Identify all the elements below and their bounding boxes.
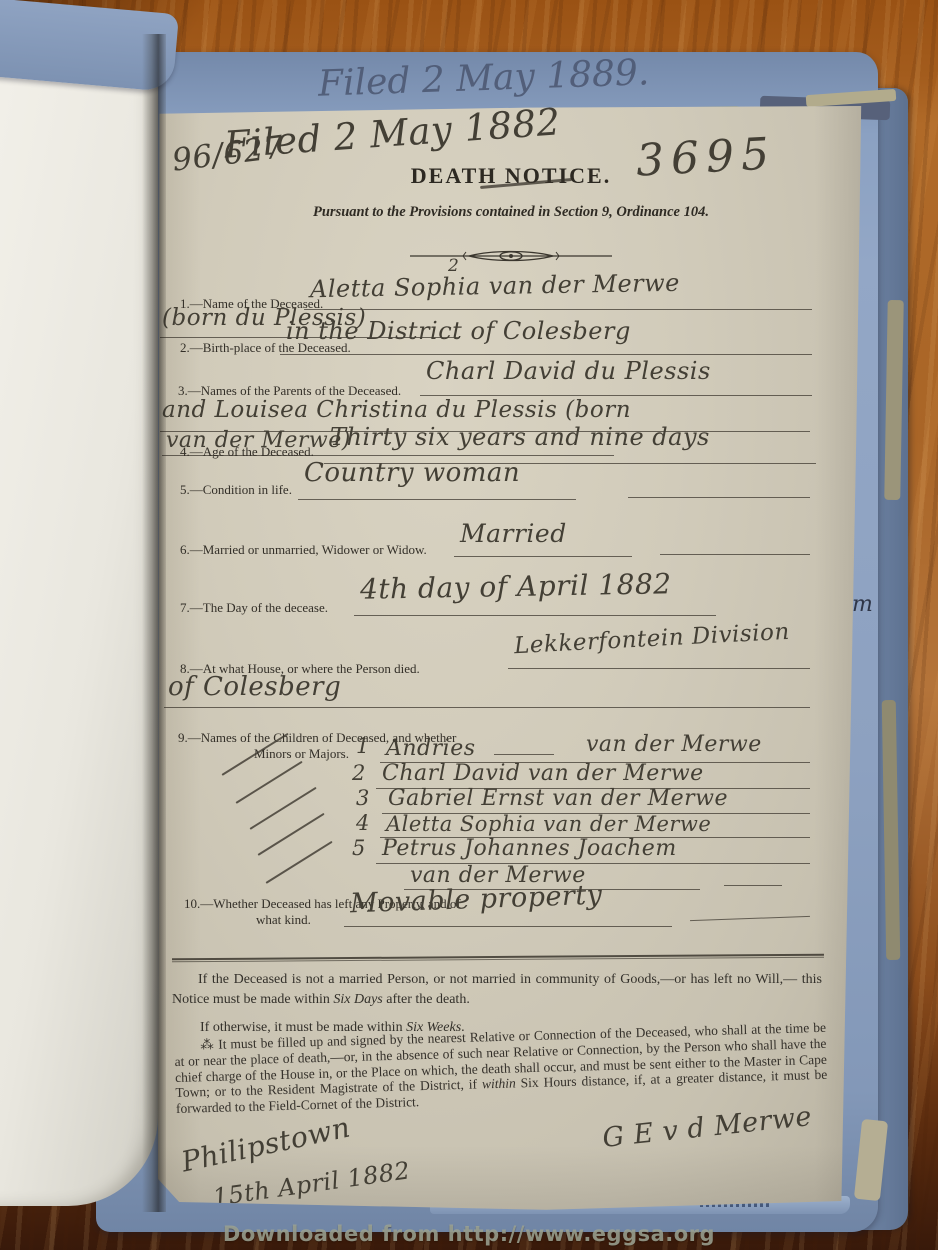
- child-2-num: 2: [352, 761, 366, 785]
- rule-line: [508, 668, 810, 669]
- rule-line: [164, 707, 810, 708]
- rule-line: [660, 554, 810, 555]
- field-3-value: Charl David du Plessis: [426, 357, 711, 385]
- note-emphasis: Six Days: [333, 992, 382, 1007]
- field-6-label: 6.—Married or unmarried, Widower or Wido…: [180, 542, 427, 558]
- section-divider: [172, 954, 824, 963]
- death-notice-document: 96/627 Filed 2 May 1882 3695 DEATH NOTIC…: [158, 106, 864, 1212]
- rule-line: [420, 395, 812, 396]
- child-4-name: Aletta Sophia van der Merwe: [386, 812, 711, 836]
- ornament-rule-icon: [406, 248, 616, 264]
- field-3-value2: and Louisea Christina du Plessis (born: [162, 397, 631, 423]
- asterism-mark: ⁂: [174, 1037, 214, 1053]
- rule-line: [354, 615, 716, 616]
- child-3-num: 3: [356, 786, 370, 810]
- field-8-value2: of Colesberg: [168, 672, 341, 702]
- field-5-label: 5.—Condition in life.: [180, 482, 292, 498]
- rule-line: [344, 926, 672, 927]
- child-3-name: Gabriel Ernst van der Merwe: [388, 786, 728, 811]
- child-5-name: Petrus Johannes Joachem: [382, 836, 677, 861]
- field-7-label: 7.—The Day of the decease.: [180, 600, 328, 616]
- field-1-value: Aletta Sophia van der Merwe: [310, 269, 680, 303]
- field-7-value: 4th day of April 1882: [360, 567, 672, 605]
- child-2-name: Charl David van der Merwe: [382, 761, 704, 786]
- watermark-text: Downloaded from http://www.eggsa.org: [0, 1222, 938, 1246]
- note-text: If the Deceased is not a married Person,…: [172, 972, 822, 1007]
- field-10-value: Movable property: [350, 880, 603, 920]
- field-5-value: Country woman: [304, 458, 520, 488]
- handwriting-fragment: m: [852, 592, 873, 617]
- stroke-mark: [257, 813, 324, 856]
- rule-line: [494, 754, 554, 755]
- stroke-mark: [265, 841, 332, 884]
- field-2-value: in the District of Colesberg: [286, 317, 631, 345]
- ornament-divider: [158, 248, 864, 269]
- document-subtitle: Pursuant to the Provisions contained in …: [158, 204, 864, 221]
- rule-line: [724, 885, 782, 886]
- rule-line: [454, 556, 632, 557]
- fine-print-emphasis: within: [482, 1076, 516, 1092]
- rule-line: [690, 916, 810, 921]
- instruction-note-1: If the Deceased is not a married Person,…: [172, 970, 822, 1010]
- child-5-num: 5: [352, 836, 366, 860]
- note-text: after the death.: [383, 992, 470, 1007]
- field-8-value: Lekkerfontein Division: [514, 619, 791, 659]
- field-4-value: Thirty six years and nine days: [330, 423, 710, 451]
- child-1-name: Andries: [386, 736, 476, 761]
- book-gutter-shadow: [142, 34, 166, 1212]
- field-9-label2: Minors or Majors.: [254, 746, 349, 762]
- rule-line: [298, 499, 576, 500]
- rule-line: [304, 309, 812, 310]
- left-facing-page: [0, 30, 158, 1206]
- child-1-surname: van der Merwe: [586, 732, 762, 757]
- rule-line: [280, 354, 812, 355]
- rule-line: [628, 497, 810, 498]
- child-4-num: 4: [356, 811, 370, 835]
- field-6-value: Married: [460, 519, 567, 548]
- signature-name: G E v d Merwe: [601, 1101, 813, 1154]
- child-1-num: 1: [356, 734, 370, 758]
- stroke-mark: [235, 761, 302, 804]
- field-4-label: 4.—Age of the Deceased.: [180, 444, 314, 460]
- fine-print: ⁂ It must be filled up and signed by the…: [174, 1020, 828, 1117]
- field-10-label2: what kind.: [256, 912, 311, 928]
